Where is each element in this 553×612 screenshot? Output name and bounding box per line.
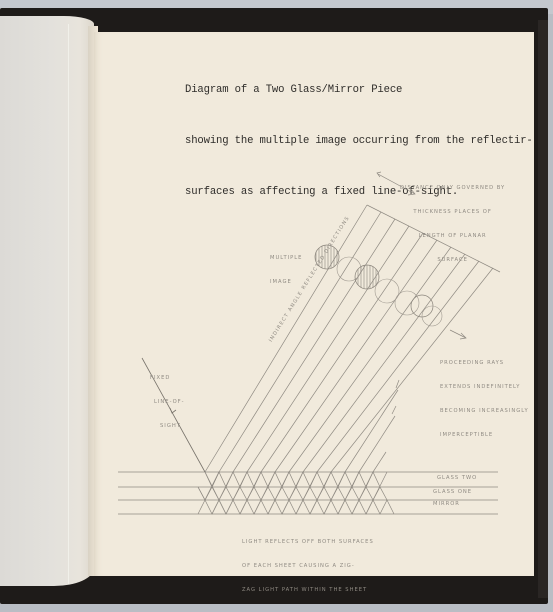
- reflection-diagram: [0, 0, 553, 612]
- mirror-label: MIRROR: [433, 500, 460, 508]
- glass-two-label: GLASS TWO: [437, 474, 477, 482]
- ray-arrow-heads: [392, 380, 399, 414]
- multiple-image-label: MULTIPLE IMAGE: [270, 238, 302, 294]
- glass-one-label: GLASS ONE: [433, 488, 472, 496]
- zigzag-paths: [198, 472, 394, 514]
- distance-annotation: DISTANCE ONLY GOVERNED BY THICKNESS PLAC…: [400, 168, 505, 272]
- proceeding-arrow: [450, 330, 466, 339]
- fixed-line-of-sight-label: FIXED LINE-OF- SIGHT: [150, 358, 185, 438]
- zigzag-annotation: LIGHT REFLECTS OFF BOTH SURFACES OF EACH…: [242, 522, 374, 602]
- proceeding-rays-annotation: PROCEEDING RAYS EXTENDS INDEFINITELY BEC…: [440, 343, 529, 447]
